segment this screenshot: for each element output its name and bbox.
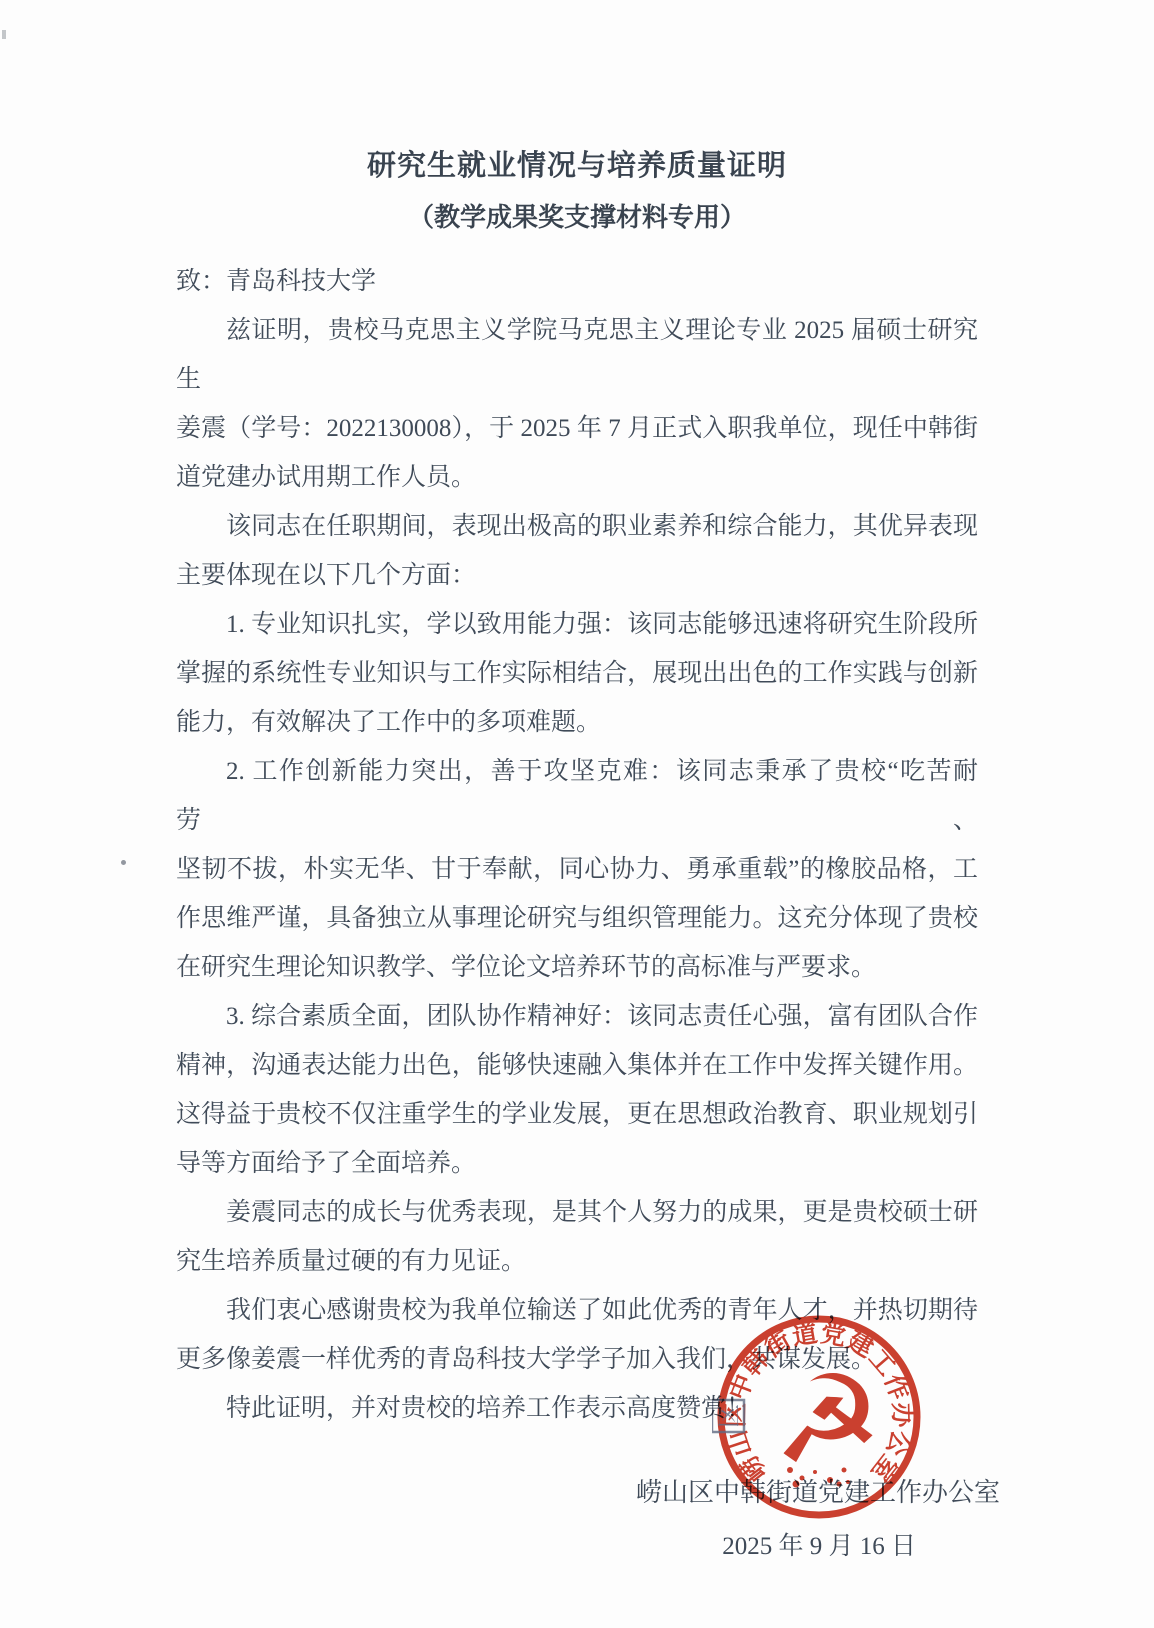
text-line: 能力，有效解决了工作中的多项难题。: [176, 698, 978, 747]
text-line: 2. 工作创新能力突出，善于攻坚克难：该同志秉承了贵校“吃苦耐劳、: [176, 747, 978, 845]
text-line: 掌握的系统性专业知识与工作实际相结合，展现出出色的工作实践与创新: [176, 649, 978, 698]
paragraphs: 兹证明，贵校马克思主义学院马克思主义理论专业 2025 届硕士研究生姜震（学号：…: [176, 306, 978, 1433]
text-line: 该同志在任职期间，表现出极高的职业素养和综合能力，其优异表现: [176, 502, 978, 551]
text-line: 在研究生理论知识教学、学位论文培养环节的高标准与严要求。: [176, 943, 978, 992]
margin-dot-artifact: [121, 860, 126, 865]
salutation-line: 致：青岛科技大学: [176, 257, 978, 306]
text-line: 作思维严谨，具备独立从事理论研究与组织管理能力。这充分体现了贵校: [176, 894, 978, 943]
text-line: 兹证明，贵校马克思主义学院马克思主义理论专业 2025 届硕士研究生: [176, 306, 978, 404]
document-subtitle: （教学成果奖支撑材料专用）: [176, 200, 978, 236]
document-body: 致：青岛科技大学 兹证明，贵校马克思主义学院马克思主义理论专业 2025 届硕士…: [176, 257, 978, 1433]
text-line: 我们衷心感谢贵校为我单位输送了如此优秀的青年人才，并热切期待: [176, 1286, 978, 1335]
text-line: 主要体现在以下几个方面：: [176, 551, 978, 600]
text-line: 究生培养质量过硬的有力见证。: [176, 1237, 978, 1286]
text-line: 导等方面给予了全面培养。: [176, 1139, 978, 1188]
scan-speck: [2, 30, 6, 39]
text-line: 3. 综合素质全面，团队协作精神好：该同志责任心强，富有团队合作: [176, 992, 978, 1041]
text-line: 姜震同志的成长与优秀表现，是其个人努力的成果，更是贵校硕士研: [176, 1188, 978, 1237]
scanned-certificate-page: 研究生就业情况与培养质量证明 （教学成果奖支撑材料专用） 致：青岛科技大学 兹证…: [0, 0, 1154, 1628]
text-line: 更多像姜震一样优秀的青岛科技大学学子加入我们，共谋发展。: [176, 1335, 978, 1384]
text-line: 1. 专业知识扎实，学以致用能力强：该同志能够迅速将研究生阶段所: [176, 600, 978, 649]
date-line: 2025 年 9 月 16 日: [176, 1524, 978, 1570]
text-line: 姜震（学号：2022130008），于 2025 年 7 月正式入职我单位，现任…: [176, 404, 978, 453]
document-title: 研究生就业情况与培养质量证明: [176, 146, 978, 186]
text-line: 精神，沟通表达能力出色，能够快速融入集体并在工作中发挥关键作用。: [176, 1041, 978, 1090]
text-line: 坚韧不拔，朴实无华、甘于奉献，同心协力、勇承重载”的橡胶品格，工: [176, 845, 978, 894]
signature-block: 崂山区中韩街道党建工作办公室 2025 年 9 月 16 日: [176, 1470, 978, 1570]
signature-line: 崂山区中韩街道党建工作办公室: [176, 1470, 1000, 1516]
text-line: 道党建办试用期工作人员。: [176, 453, 978, 502]
text-line: 特此证明，并对贵校的培养工作表示高度赞赏！: [176, 1384, 978, 1433]
document-content: 研究生就业情况与培养质量证明 （教学成果奖支撑材料专用） 致：青岛科技大学 兹证…: [0, 0, 1154, 1570]
text-line: 这得益于贵校不仅注重学生的学业发展，更在思想政治教育、职业规划引: [176, 1090, 978, 1139]
